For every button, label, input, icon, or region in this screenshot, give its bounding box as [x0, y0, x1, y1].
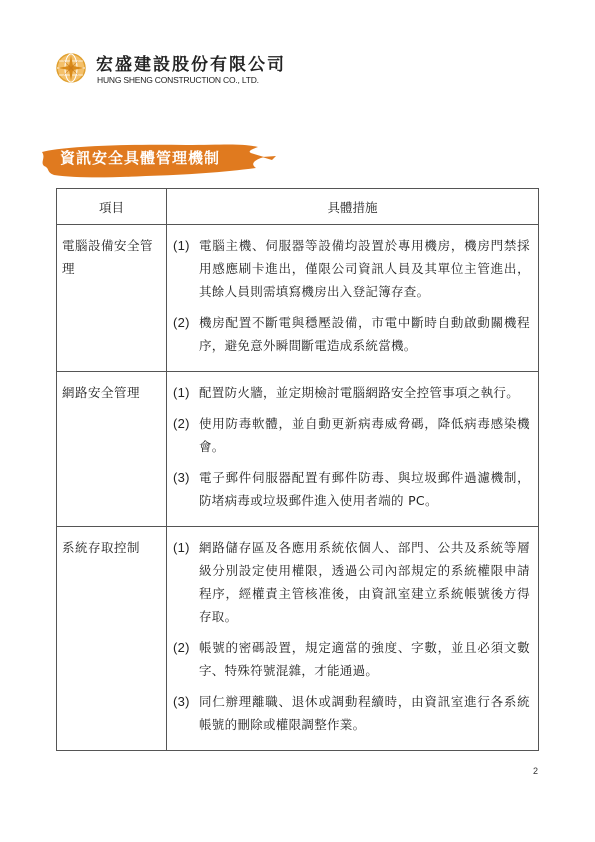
measure-number: (3): [173, 690, 199, 736]
measure-item: (3) 電子郵件伺服器配置有郵件防毒、與垃圾郵件過濾機制，防堵病毒或垃圾郵件進入…: [173, 466, 530, 512]
measure-text: 同仁辦理離職、退休或調動程續時，由資訊室進行各系統帳號的刪除或權限調整作業。: [199, 690, 530, 736]
row-category: 電腦設備安全管理: [57, 225, 167, 372]
measure-text: 電子郵件伺服器配置有郵件防毒、與垃圾郵件過濾機制，防堵病毒或垃圾郵件進入使用者端…: [199, 466, 530, 512]
compass-globe-logo-icon: [55, 52, 87, 84]
measure-item: (1) 網路儲存區及各應用系統依個人、部門、公共及系統等層級分別設定使用權限，透…: [173, 536, 530, 628]
measure-text: 配置防火牆，並定期檢討電腦網路安全控管事項之執行。: [199, 381, 530, 404]
measure-number: (2): [173, 412, 199, 458]
measure-item: (2) 帳號的密碼設置，規定適當的強度、字數，並且必須文數字、特殊符號混雜，才能…: [173, 636, 530, 682]
measure-item: (1) 電腦主機、伺服器等設備均設置於專用機房，機房門禁採用感應刷卡進出，僅限公…: [173, 234, 530, 303]
table-row: 電腦設備安全管理 (1) 電腦主機、伺服器等設備均設置於專用機房，機房門禁採用感…: [57, 225, 539, 372]
table-row: 系統存取控制 (1) 網路儲存區及各應用系統依個人、部門、公共及系統等層級分別設…: [57, 527, 539, 751]
measure-text: 電腦主機、伺服器等設備均設置於專用機房，機房門禁採用感應刷卡進出，僅限公司資訊人…: [199, 234, 530, 303]
row-category: 系統存取控制: [57, 527, 167, 751]
measure-text: 機房配置不斷電與穩壓設備，市電中斷時自動啟動關機程序，避免意外瞬間斷電造成系統當…: [199, 311, 530, 357]
measure-number: (3): [173, 466, 199, 512]
measure-item: (2) 機房配置不斷電與穩壓設備，市電中斷時自動啟動關機程序，避免意外瞬間斷電造…: [173, 311, 530, 357]
page-number: 2: [533, 766, 538, 776]
table-header-row: 項目 具體措施: [57, 189, 539, 225]
row-category: 網路安全管理: [57, 372, 167, 527]
measure-number: (2): [173, 636, 199, 682]
measure-number: (1): [173, 234, 199, 303]
section-title: 資訊安全具體管理機制: [60, 147, 220, 168]
measure-item: (3) 同仁辦理離職、退休或調動程續時，由資訊室進行各系統帳號的刪除或權限調整作…: [173, 690, 530, 736]
row-measures: (1) 電腦主機、伺服器等設備均設置於專用機房，機房門禁採用感應刷卡進出，僅限公…: [167, 225, 539, 372]
row-measures: (1) 配置防火牆，並定期檢討電腦網路安全控管事項之執行。 (2) 使用防毒軟體…: [167, 372, 539, 527]
measure-number: (1): [173, 381, 199, 404]
table-row: 網路安全管理 (1) 配置防火牆，並定期檢討電腦網路安全控管事項之執行。 (2)…: [57, 372, 539, 527]
header-measures: 具體措施: [167, 189, 539, 225]
row-measures: (1) 網路儲存區及各應用系統依個人、部門、公共及系統等層級分別設定使用權限，透…: [167, 527, 539, 751]
measure-text: 網路儲存區及各應用系統依個人、部門、公共及系統等層級分別設定使用權限，透過公司內…: [199, 536, 530, 628]
measure-number: (2): [173, 311, 199, 357]
measure-number: (1): [173, 536, 199, 628]
security-measures-table: 項目 具體措施 電腦設備安全管理 (1) 電腦主機、伺服器等設備均設置於專用機房…: [56, 188, 539, 751]
company-name-zh: 宏盛建設股份有限公司: [96, 50, 286, 75]
header-item: 項目: [57, 189, 167, 225]
measure-text: 帳號的密碼設置，規定適當的強度、字數，並且必須文數字、特殊符號混雜，才能通過。: [199, 636, 530, 682]
company-name-en: HUNG SHENG CONSTRUCTION CO., LTD.: [97, 75, 259, 85]
measure-item: (1) 配置防火牆，並定期檢討電腦網路安全控管事項之執行。: [173, 381, 530, 404]
measure-item: (2) 使用防毒軟體，並自動更新病毒威脅碼，降低病毒感染機會。: [173, 412, 530, 458]
measure-text: 使用防毒軟體，並自動更新病毒威脅碼，降低病毒感染機會。: [199, 412, 530, 458]
